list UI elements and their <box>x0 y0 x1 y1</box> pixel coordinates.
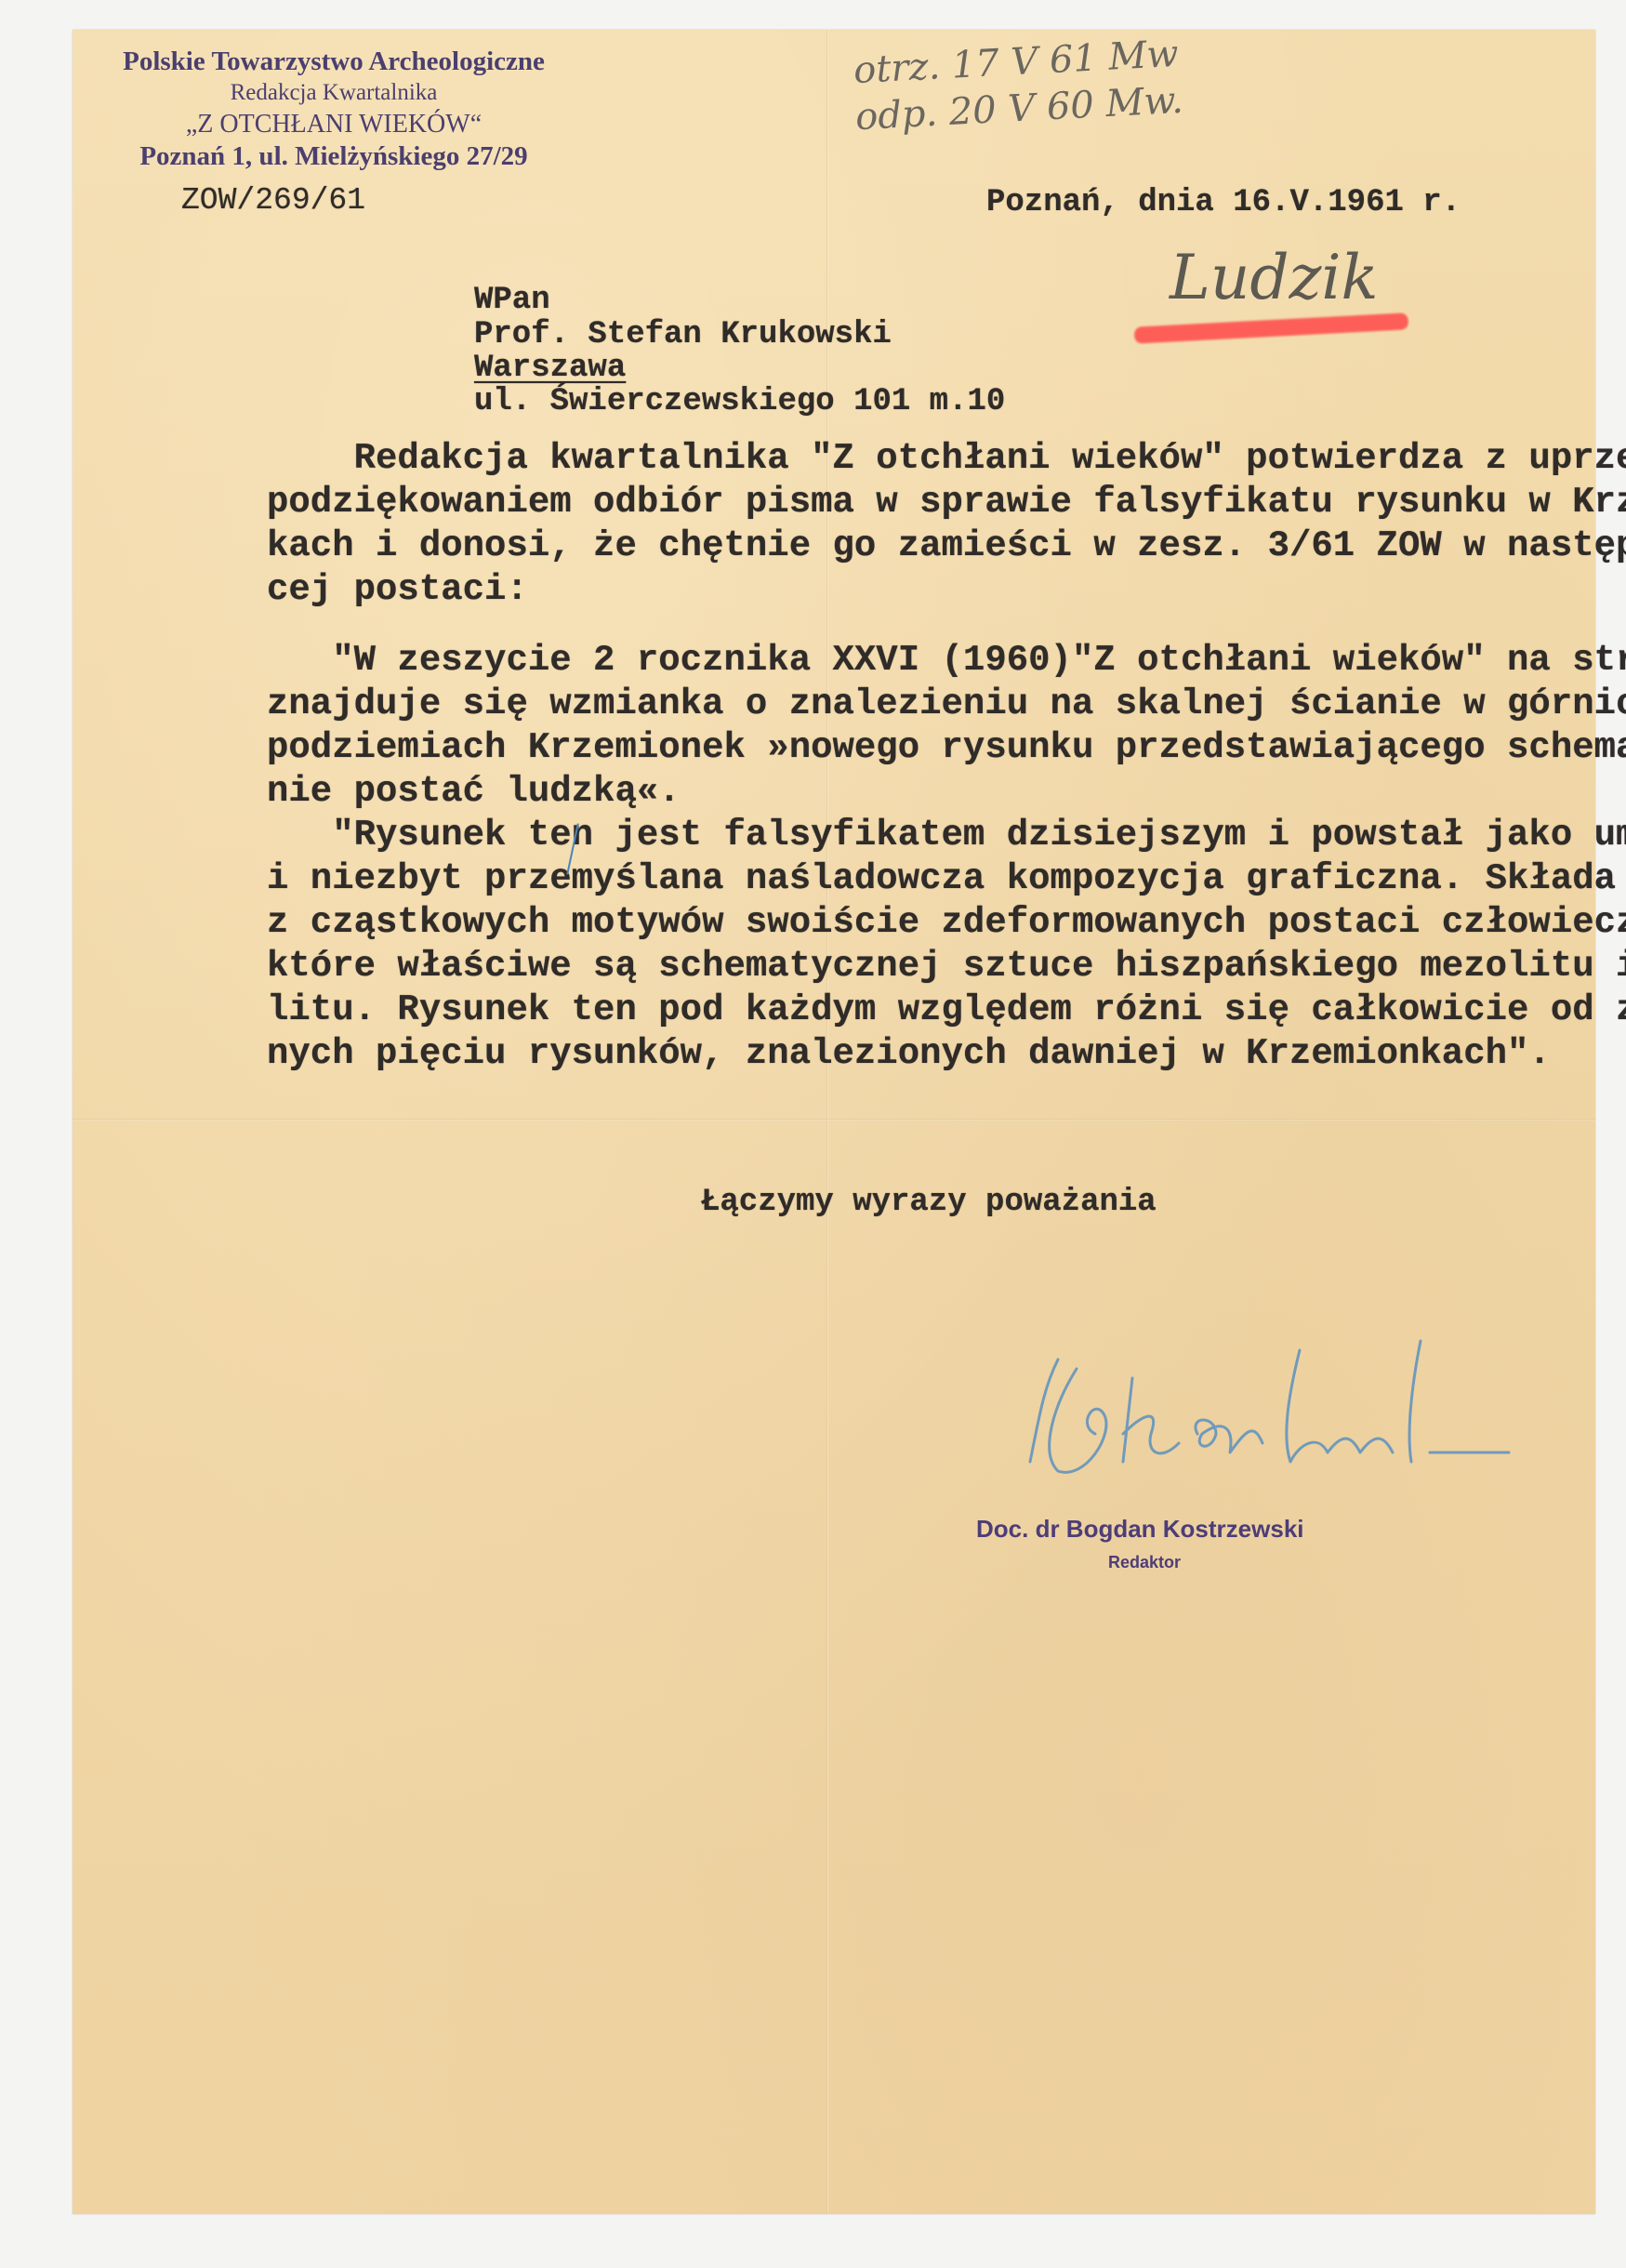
body-line: z cząstkowych motywów swoiście zdeformow… <box>267 901 1626 945</box>
body-line: litu. Rysunek ten pod każdym względem ró… <box>267 988 1626 1032</box>
body-line: i niezbyt przemyślana naśladowcza kompoz… <box>267 857 1626 901</box>
recipient-address: ul. Świerczewskiego 101 m.10 <box>474 380 1005 424</box>
letterhead-stamp: Polskie Towarzystwo Archeologiczne Redak… <box>87 46 580 195</box>
body-line: kach i donosi, że chętnie go zamieści w … <box>267 524 1626 568</box>
body-line: znajduje się wzmianka o znalezieniu na s… <box>267 683 1626 726</box>
letter-paper: Polskie Towarzystwo Archeologiczne Redak… <box>73 30 1595 2214</box>
body-line: podziękowaniem odbiór pisma w sprawie fa… <box>267 481 1626 524</box>
body-line: "W zeszycie 2 rocznika XXVI (1960)"Z otc… <box>267 639 1626 683</box>
body-line: nych pięciu rysunków, znalezionych dawni… <box>267 1032 1551 1076</box>
stamp-address: Poznań 1, ul. Mielżyńskiego 27/29 <box>87 141 580 172</box>
horizontal-fold-line <box>73 1119 1595 1121</box>
body-line: podziemiach Krzemionek »nowego rysunku p… <box>267 726 1626 770</box>
body-line: Redakcja kwartalnika "Z otchłani wieków"… <box>267 437 1626 481</box>
pencil-name-annotation: Ludzik <box>1170 242 1378 313</box>
signature-stamp-title: Redaktor <box>1108 1553 1181 1572</box>
scanned-page: Polskie Towarzystwo Archeologiczne Redak… <box>0 0 1626 2268</box>
stamp-editorial-office: Redakcja Kwartalnika <box>87 80 580 106</box>
body-line: cej postaci: <box>267 568 528 612</box>
vertical-fold-line <box>826 30 828 2214</box>
body-line: które właściwe są schematycznej sztuce h… <box>267 945 1626 988</box>
body-line: "Rysunek ten jest falsyfikatem dzisiejsz… <box>267 814 1626 857</box>
body-line: nie postać ludzką«. <box>267 770 681 814</box>
handwritten-signature <box>1021 1332 1579 1480</box>
stamp-society-name: Polskie Towarzystwo Archeologiczne <box>87 46 580 77</box>
closing-phrase: Łączymy wyrazy poważania <box>701 1181 1157 1225</box>
stamp-journal-title: „Z OTCHŁANI WIEKÓW“ <box>87 110 580 139</box>
place-and-date: Poznań, dnia 16.V.1961 r. <box>986 181 1461 225</box>
signature-stamp-name: Doc. dr Bogdan Kostrzewski <box>976 1515 1304 1544</box>
reference-number: ZOW/269/61 <box>181 179 365 222</box>
red-crayon-underline <box>1134 312 1409 343</box>
